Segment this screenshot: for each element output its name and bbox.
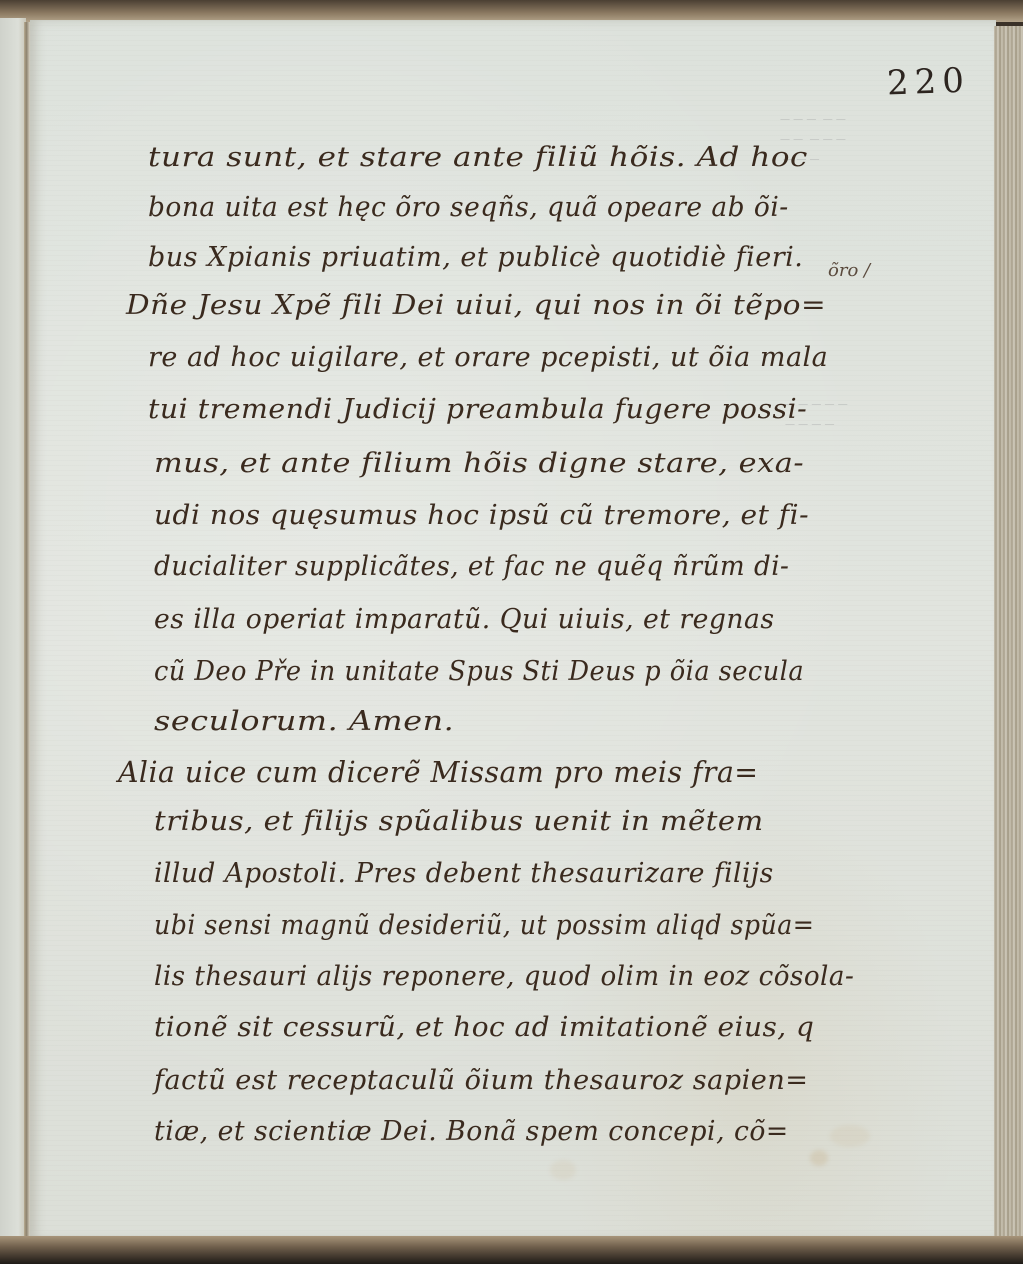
text-line: tionẽ sit cessurũ, et hoc ad imitationẽ …: [154, 1012, 814, 1043]
text-line: tura sunt, et stare ante filiũ hõis. Ad …: [148, 142, 808, 173]
manuscript-photo: — — — — —— — — — — — — — — — — — —— — — …: [0, 0, 1023, 1264]
marginal-note: õro /: [828, 260, 870, 281]
text-line: tui tremendi Judicij preambula fugere po…: [148, 394, 807, 425]
text-line: ducialiter supplicãtes, et fac ne quẽq ñ…: [154, 551, 789, 582]
book-fore-edge: [994, 26, 1023, 1238]
text-line: lis thesauri alijs reponere, quod olim i…: [154, 961, 854, 992]
book-top-edge: [0, 0, 1023, 22]
text-line: illud Apostoli. Pres debent thesaurizare…: [154, 858, 774, 889]
text-line: tiæ, et scientiæ Dei. Bonã spem concepi,…: [154, 1116, 789, 1147]
text-line: bus Xpianis priuatim, et publicè quotidi…: [148, 242, 803, 273]
text-line: ubi sensi magnũ desideriũ, ut possim ali…: [154, 910, 814, 941]
text-line: factũ est receptaculũ õium thesauroz sap…: [154, 1065, 808, 1096]
text-line: re ad hoc uigilare, et orare pcepisti, u…: [148, 342, 828, 373]
text-line: cũ Deo Pře in unitate Spus Sti Deus p õi…: [154, 656, 804, 687]
text-line: es illa operiat imparatũ. Qui uiuis, et …: [154, 604, 775, 635]
text-line: seculorum. Amen.: [154, 706, 454, 737]
text-line: tribus, et filijs spũalibus uenit in mẽt…: [154, 806, 764, 837]
handwritten-text-block: tura sunt, et stare ante filiũ hõis. Ad …: [30, 20, 996, 1240]
facing-page-edge: [0, 18, 26, 1240]
manuscript-page: — — — — —— — — — — — — — — — — — —— — — …: [30, 20, 996, 1240]
text-line: bona uita est hęc õro seqñs, quã opeare …: [148, 192, 789, 223]
text-line: udi nos quęsumus hoc ipsũ cũ tremore, et…: [154, 500, 809, 531]
text-line: Dñe Jesu Xpẽ fili Dei uiui, qui nos in õ…: [126, 290, 826, 321]
book-bottom-edge: [0, 1236, 1023, 1264]
text-line: mus, et ante filium hõis digne stare, ex…: [154, 448, 804, 479]
text-line: Alia uice cum dicerẽ Missam pro meis fra…: [118, 755, 759, 789]
